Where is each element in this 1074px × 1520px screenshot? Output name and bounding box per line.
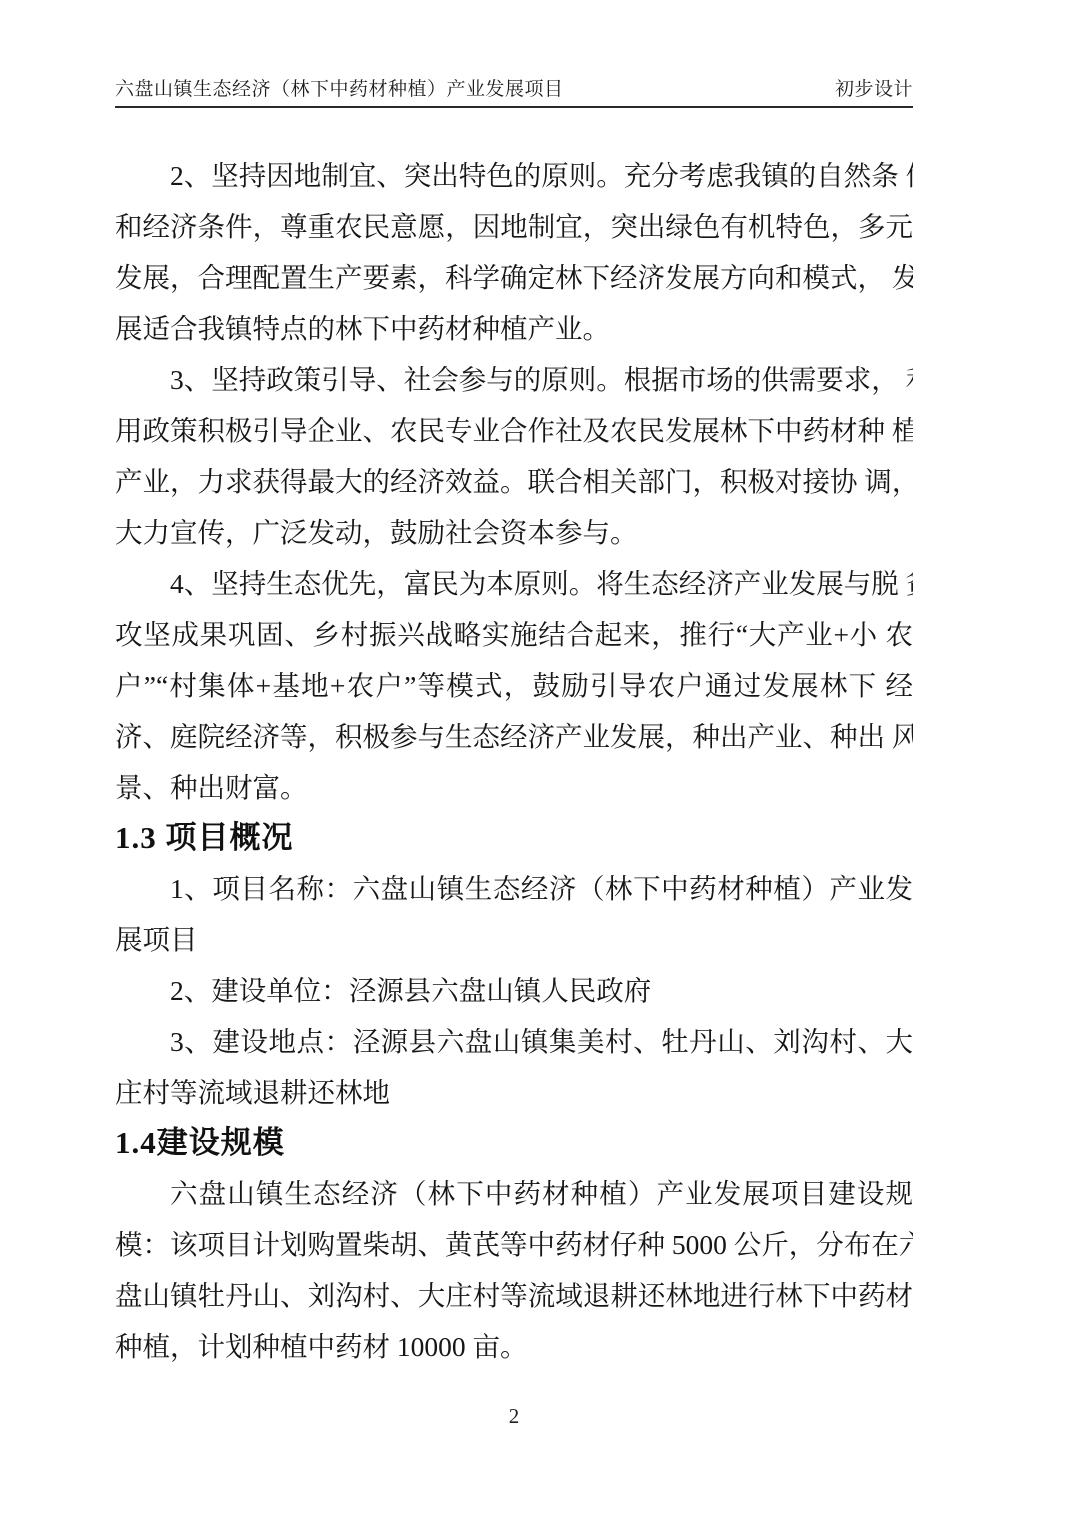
text-line: 模：该项目计划购置柴胡、黄芪等中药材仔种 5000 公斤，分布在六 [115,1219,913,1270]
text-line: 发展，合理配置生产要素，科学确定林下经济发展方向和模式， 发 [115,252,913,303]
text-line: 和经济条件，尊重农民意愿，因地制宜，突出绿色有机特色，多元 [115,201,913,252]
page-header: 六盘山镇生态经济（林下中药材种植）产业发展项目 初步设计 [115,0,913,108]
para-principle-3: 3、坚持政策引导、社会参与的原则。根据市场的供需要求， 利 用政策积极引导企业、… [115,354,913,558]
text-line: 景、种出财富。 [115,762,913,813]
text-line: 种植，计划种植中药材 10000 亩。 [115,1321,913,1372]
para-construction-site: 3、建设地点：泾源县六盘山镇集美村、牡丹山、刘沟村、大 庄村等流域退耕还林地 [115,1016,913,1118]
text-line: 户”“村集体+基地+农户”等模式，鼓励引导农户通过发展林下 经 [115,660,913,711]
section-heading-1-4: 1.4建设规模 [115,1118,913,1168]
para-construction-unit: 2、建设单位：泾源县六盘山镇人民政府 [115,965,913,1016]
text-line: 2、建设单位：泾源县六盘山镇人民政府 [115,965,913,1016]
para-principle-4: 4、坚持生态优先，富民为本原则。将生态经济产业发展与脱 贫 攻坚成果巩固、乡村振… [115,558,913,813]
text-line: 展适合我镇特点的林下中药材种植产业。 [115,303,913,354]
text-line: 用政策积极引导企业、农民专业合作社及农民发展林下中药材种 植 [115,405,913,456]
document-body: 2、坚持因地制宜、突出特色的原则。充分考虑我镇的自然条 件 和经济条件，尊重农民… [115,150,913,1372]
text-line: 1、项目名称：六盘山镇生态经济（林下中药材种植）产业发 [115,863,913,914]
para-construction-scale: 六盘山镇生态经济（林下中药材种植）产业发展项目建设规 模：该项目计划购置柴胡、黄… [115,1168,913,1372]
text-line: 产业，力求获得最大的经济效益。联合相关部门，积极对接协 调， [115,456,913,507]
text-line: 大力宣传，广泛发动，鼓励社会资本参与。 [115,507,913,558]
text-line: 庄村等流域退耕还林地 [115,1067,913,1118]
page-footer: 2 [115,1404,913,1429]
text-line: 3、建设地点：泾源县六盘山镇集美村、牡丹山、刘沟村、大 [115,1016,913,1067]
text-line: 2、坚持因地制宜、突出特色的原则。充分考虑我镇的自然条 件 [115,150,913,201]
page-number: 2 [509,1404,520,1428]
header-doc-type: 初步设计 [835,74,913,101]
text-line: 盘山镇牡丹山、刘沟村、大庄村等流域退耕还林地进行林下中药材 [115,1270,913,1321]
text-line: 六盘山镇生态经济（林下中药材种植）产业发展项目建设规 [115,1168,913,1219]
header-title: 六盘山镇生态经济（林下中药材种植）产业发展项目 [115,74,564,101]
para-principle-2: 2、坚持因地制宜、突出特色的原则。充分考虑我镇的自然条 件 和经济条件，尊重农民… [115,150,913,354]
text-line: 4、坚持生态优先，富民为本原则。将生态经济产业发展与脱 贫 [115,558,913,609]
text-line: 展项目 [115,914,913,965]
text-line: 攻坚成果巩固、乡村振兴战略实施结合起来，推行“大产业+小 农 [115,609,913,660]
text-line: 济、庭院经济等，积极参与生态经济产业发展，种出产业、种出 风 [115,711,913,762]
document-page: 六盘山镇生态经济（林下中药材种植）产业发展项目 初步设计 2、坚持因地制宜、突出… [0,0,1074,1520]
section-heading-1-3: 1.3 项目概况 [115,813,913,863]
text-line: 3、坚持政策引导、社会参与的原则。根据市场的供需要求， 利 [115,354,913,405]
para-project-name: 1、项目名称：六盘山镇生态经济（林下中药材种植）产业发 展项目 [115,863,913,965]
